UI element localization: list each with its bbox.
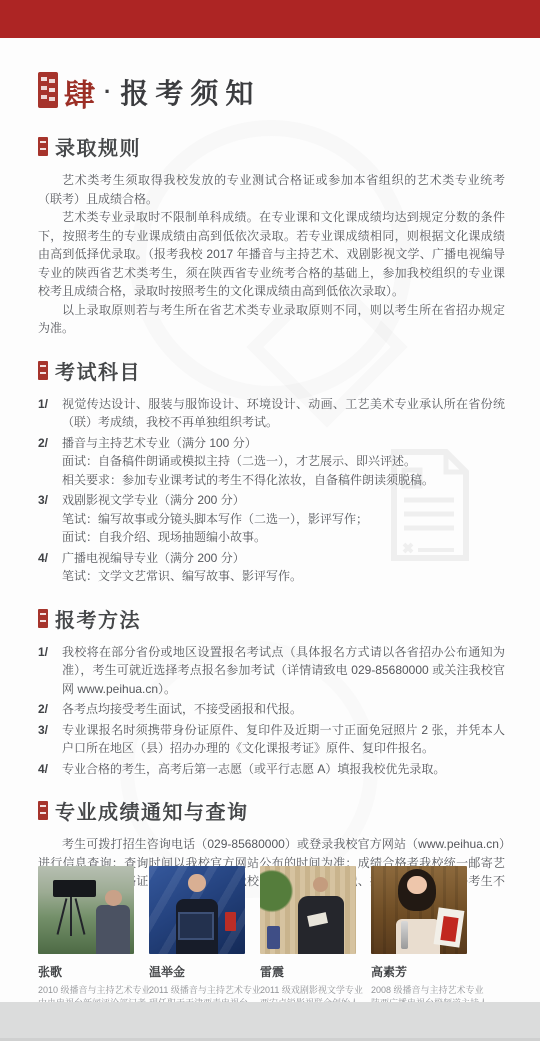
section-admission-rules: 录取规则 艺术类考生须取得我校发放的专业测试合格证或参加本省组织的艺术类专业统考… — [38, 132, 505, 338]
alumni-card: 张歌 2010 级播音与主持艺术专业 中央电视台新闻评论部记者 — [38, 866, 134, 1010]
alumni-name: 高素芳 — [371, 963, 467, 980]
photo-decor — [75, 898, 86, 934]
section-exam-subjects: 考试科目 1/ 视觉传达设计、服装与服饰设计、环境设计、动画、工艺美术专业承认所… — [38, 356, 505, 586]
photo-decor — [188, 874, 205, 892]
photo-decor — [57, 898, 68, 934]
list-item: 1/ 我校将在部分省份或地区设置报名考试点（具体报名方式请以各省招办公布通知为准… — [38, 643, 505, 699]
list-item: 1/ 视觉传达设计、服装与服饰设计、环境设计、动画、工艺美术专业承认所在省份统（… — [38, 395, 505, 432]
list-item: 3/ 专业课报名时须携带身份证原件、复印件及近期一寸正面免冠照片 2 张，并凭本… — [38, 721, 505, 758]
photo-decor — [105, 890, 121, 906]
item-line: 视觉传达设计、服装与服饰设计、环境设计、动画、工艺美术专业承认所在省份统（联）考… — [62, 395, 505, 432]
item-line: 戏剧影视文学专业（满分 200 分） — [62, 491, 505, 510]
brochure-page: 肆 · 报考须知 录取规则 艺术类考生须取得我校发放的专业测试合格证或参加本省组… — [0, 0, 540, 1041]
list-item: 4/ 专业合格的考生，高考后第一志愿（或平行志愿 A）填报我校优先录取。 — [38, 760, 505, 779]
page-content: 肆 · 报考须知 录取规则 艺术类考生须取得我校发放的专业测试合格证或参加本省组… — [0, 0, 540, 909]
photo-decor — [407, 876, 426, 894]
item-line: 播音与主持艺术专业（满分 100 分） — [62, 434, 505, 453]
section-heading-label: 考试科目 — [55, 356, 141, 385]
section-application-method: 报考方法 1/ 我校将在部分省份或地区设置报名考试点（具体报名方式请以各省招办公… — [38, 604, 505, 779]
alumni-name: 雷震 — [260, 963, 356, 980]
seal-stamp-icon — [38, 72, 58, 113]
alumni-major: 2008 级播音与主持艺术专业 — [371, 984, 467, 997]
alumni-name: 张歌 — [38, 963, 134, 980]
paragraph: 以上录取原则若与考生所在省艺术类专业录取原则不同，则以考生所在省招办规定为准。 — [38, 301, 505, 338]
alumni-major: 2011 级播音与主持艺术专业 — [149, 984, 245, 997]
plant-decor — [260, 868, 296, 919]
section-heading-notice: 专业成绩通知与查询 — [38, 796, 505, 825]
item-number: 2/ — [38, 434, 62, 490]
trophy-decor — [401, 921, 409, 949]
top-red-bar — [0, 0, 540, 38]
list-item: 3/ 戏剧影视文学专业（满分 200 分） 笔试：编写故事或分镜头脚本写作（二选… — [38, 491, 505, 547]
item-line: 各考点均接受考生面试，不接受函报和代报。 — [62, 700, 505, 719]
list-item: 2/ 播音与主持艺术专业（满分 100 分） 面试：自备稿件朗诵或模拟主持（二选… — [38, 434, 505, 490]
item-line: 面试：自我介绍、现场抽题编小故事。 — [62, 528, 505, 547]
photo-decor — [313, 877, 328, 892]
title-separator: · — [104, 79, 111, 105]
mini-seal-icon — [38, 801, 48, 820]
photo-decor — [225, 912, 237, 931]
section-number: 肆 — [64, 70, 95, 115]
item-number: 2/ — [38, 700, 62, 719]
item-line: 相关要求：参加专业课考试的考生不得化浓妆，自备稿件朗读须脱稿。 — [62, 471, 505, 490]
alumni-card: 高素芳 2008 级播音与主持艺术专业 陕西广播电视台橙频道主持人 — [371, 866, 467, 1010]
paragraph: 艺术类专业录取时不限制单科成绩。在专业课和文化课成绩均达到规定分数的条件下，按照… — [38, 208, 505, 301]
alumni-major: 2011 级戏剧影视文学专业 — [260, 984, 356, 997]
list-item: 4/ 广播电视编导专业（满分 200 分） 笔试：文学文艺常识、编写故事、影评写… — [38, 549, 505, 586]
alumni-row: 张歌 2010 级播音与主持艺术专业 中央电视台新闻评论部记者 温举金 2011… — [38, 866, 467, 1010]
alumni-photo-leizhen — [260, 866, 356, 954]
photo-decor — [70, 897, 72, 936]
section-heading-label: 报考方法 — [55, 604, 141, 633]
item-line: 我校将在部分省份或地区设置报名考试点（具体报名方式请以各省招办公布通知为准），考… — [62, 643, 505, 699]
page-title: 肆 · 报考须知 — [38, 70, 505, 114]
item-number: 4/ — [38, 549, 62, 586]
bottom-gray-bar — [0, 1002, 540, 1041]
item-number: 4/ — [38, 760, 62, 779]
section-heading-label: 专业成绩通知与查询 — [55, 796, 249, 825]
item-line: 面试：自备稿件朗诵或模拟主持（二选一），才艺展示、即兴评述。 — [62, 452, 505, 471]
alumni-photo-zhangge — [38, 866, 134, 954]
item-line: 专业合格的考生，高考后第一志愿（或平行志愿 A）填报我校优先录取。 — [62, 760, 505, 779]
item-line: 专业课报名时须携带身份证原件、复印件及近期一寸正面免冠照片 2 张，并凭本人户口… — [62, 721, 505, 758]
alumni-major: 2010 级播音与主持艺术专业 — [38, 984, 134, 997]
photo-decor — [267, 926, 280, 949]
mini-seal-icon — [38, 609, 48, 628]
item-number: 3/ — [38, 491, 62, 547]
list-item: 2/ 各考点均接受考生面试，不接受函报和代报。 — [38, 700, 505, 719]
photo-decor — [96, 905, 131, 954]
alumni-photo-gaosufang — [371, 866, 467, 954]
alumni-photo-wenjujin — [149, 866, 245, 954]
alumni-card: 雷震 2011 级戏剧影视文学专业 西安卓锐影视联合创始人 — [260, 866, 356, 1010]
item-number: 1/ — [38, 395, 62, 432]
photo-decor — [178, 912, 215, 940]
item-number: 1/ — [38, 643, 62, 699]
mini-seal-icon — [38, 361, 48, 380]
section-heading-admission: 录取规则 — [38, 132, 505, 161]
video-camera-decor — [53, 880, 95, 897]
mini-seal-icon — [38, 137, 48, 156]
photo-decor — [298, 896, 344, 954]
paragraph: 艺术类考生须取得我校发放的专业测试合格证或参加本省组织的艺术类专业统考（联考）且… — [38, 171, 505, 208]
alumni-name: 温举金 — [149, 963, 245, 980]
item-number: 3/ — [38, 721, 62, 758]
item-line: 笔试：编写故事或分镜头脚本写作（二选一），影评写作； — [62, 510, 505, 529]
item-line: 广播电视编导专业（满分 200 分） — [62, 549, 505, 568]
section-heading-exam: 考试科目 — [38, 356, 505, 385]
page-title-text: 报考须知 — [120, 72, 260, 112]
alumni-card: 温举金 2011 级播音与主持艺术专业 现任职于天津西青电视台 — [149, 866, 245, 1010]
section-heading-method: 报考方法 — [38, 604, 505, 633]
section-heading-label: 录取规则 — [55, 132, 141, 161]
item-line: 笔试：文学文艺常识、编写故事、影评写作。 — [62, 567, 505, 586]
